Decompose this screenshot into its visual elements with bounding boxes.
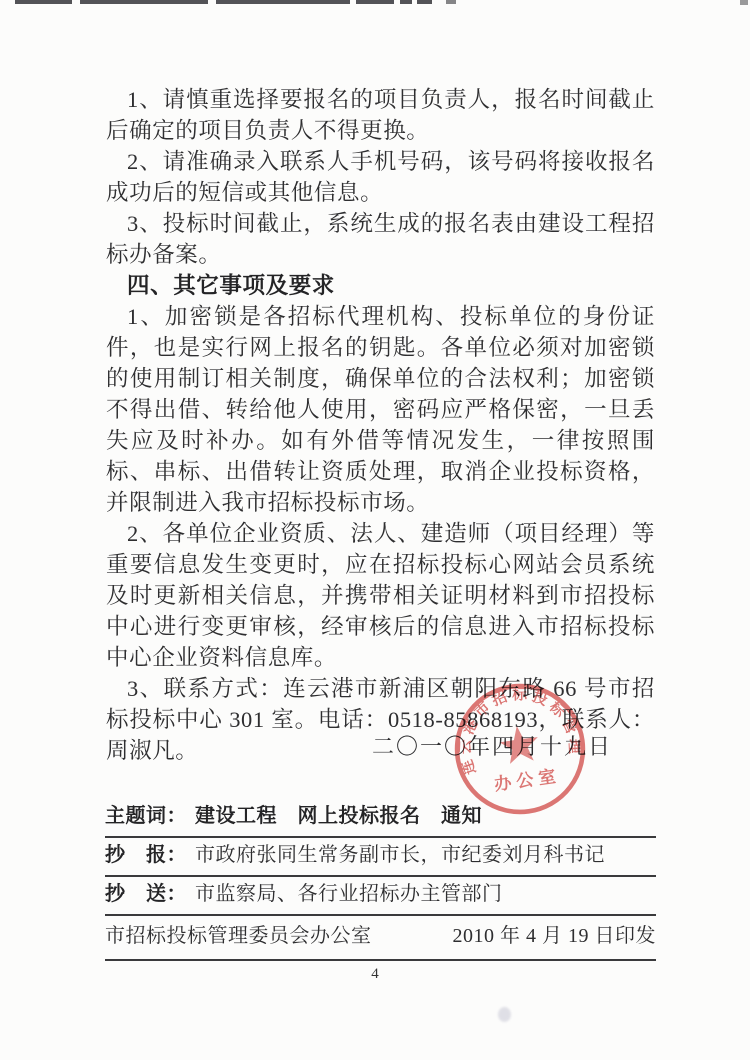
section-paragraph-2: 2、各单位企业资质、法人、建造师（项目经理）等重要信息发生变更时，应在招标投标心… — [106, 518, 655, 673]
subject-label: 主题词： — [105, 804, 187, 828]
issue-date-line: 二〇一〇年四月十九日 — [372, 731, 612, 762]
scan-edge-artifact — [0, 0, 750, 6]
paragraph-2: 2、请准确录入联系人手机号码，该号码将接收报名成功后的短信或其他信息。 — [106, 146, 655, 208]
section-heading: 四、其它事项及要求 — [106, 270, 655, 301]
page-number: 4 — [0, 966, 750, 983]
issue-date: 2010 年 4 月 19 日印发 — [453, 924, 657, 948]
subject-row: 主题词： 建设工程 网上投标报名 通知 — [105, 799, 656, 838]
copy-send-row: 抄 送： 市监察局、各行业招标办主管部门 — [105, 877, 656, 916]
copy-report-value: 市政府张同生常务副市长，市纪委刘月科书记 — [195, 843, 605, 867]
section-paragraph-1: 1、加密锁是各招标代理机构、投标单位的身份证件，也是实行网上报名的钥匙。各单位必… — [106, 301, 655, 518]
paragraph-3: 3、投标时间截止，系统生成的报名表由建设工程招标办备案。 — [106, 208, 655, 270]
copy-report-label: 抄 报： — [105, 843, 187, 867]
issuing-office: 市招标投标管理委员会办公室 — [105, 924, 372, 948]
scan-blemish — [498, 1007, 511, 1022]
seal-center-text: 办公室 — [493, 765, 562, 794]
subject-value: 建设工程 网上投标报名 通知 — [195, 804, 482, 828]
copy-send-label: 抄 送： — [105, 882, 187, 906]
scanned-document-page: 1、请慎重选择要报名的项目负责人，报名时间截止后确定的项目负责人不得更换。 2、… — [0, 0, 750, 1060]
paragraph-1: 1、请慎重选择要报名的项目负责人，报名时间截止后确定的项目负责人不得更换。 — [106, 84, 655, 146]
copy-send-value: 市监察局、各行业招标办主管部门 — [195, 882, 503, 906]
issuing-row: 市招标投标管理委员会办公室 2010 年 4 月 19 日印发 — [105, 916, 656, 961]
document-footer: 主题词： 建设工程 网上投标报名 通知 抄 报： 市政府张同生常务副市长，市纪委… — [105, 799, 656, 961]
copy-report-row: 抄 报： 市政府张同生常务副市长，市纪委刘月科书记 — [105, 838, 656, 877]
document-body: 1、请慎重选择要报名的项目负责人，报名时间截止后确定的项目负责人不得更换。 2、… — [106, 84, 655, 766]
